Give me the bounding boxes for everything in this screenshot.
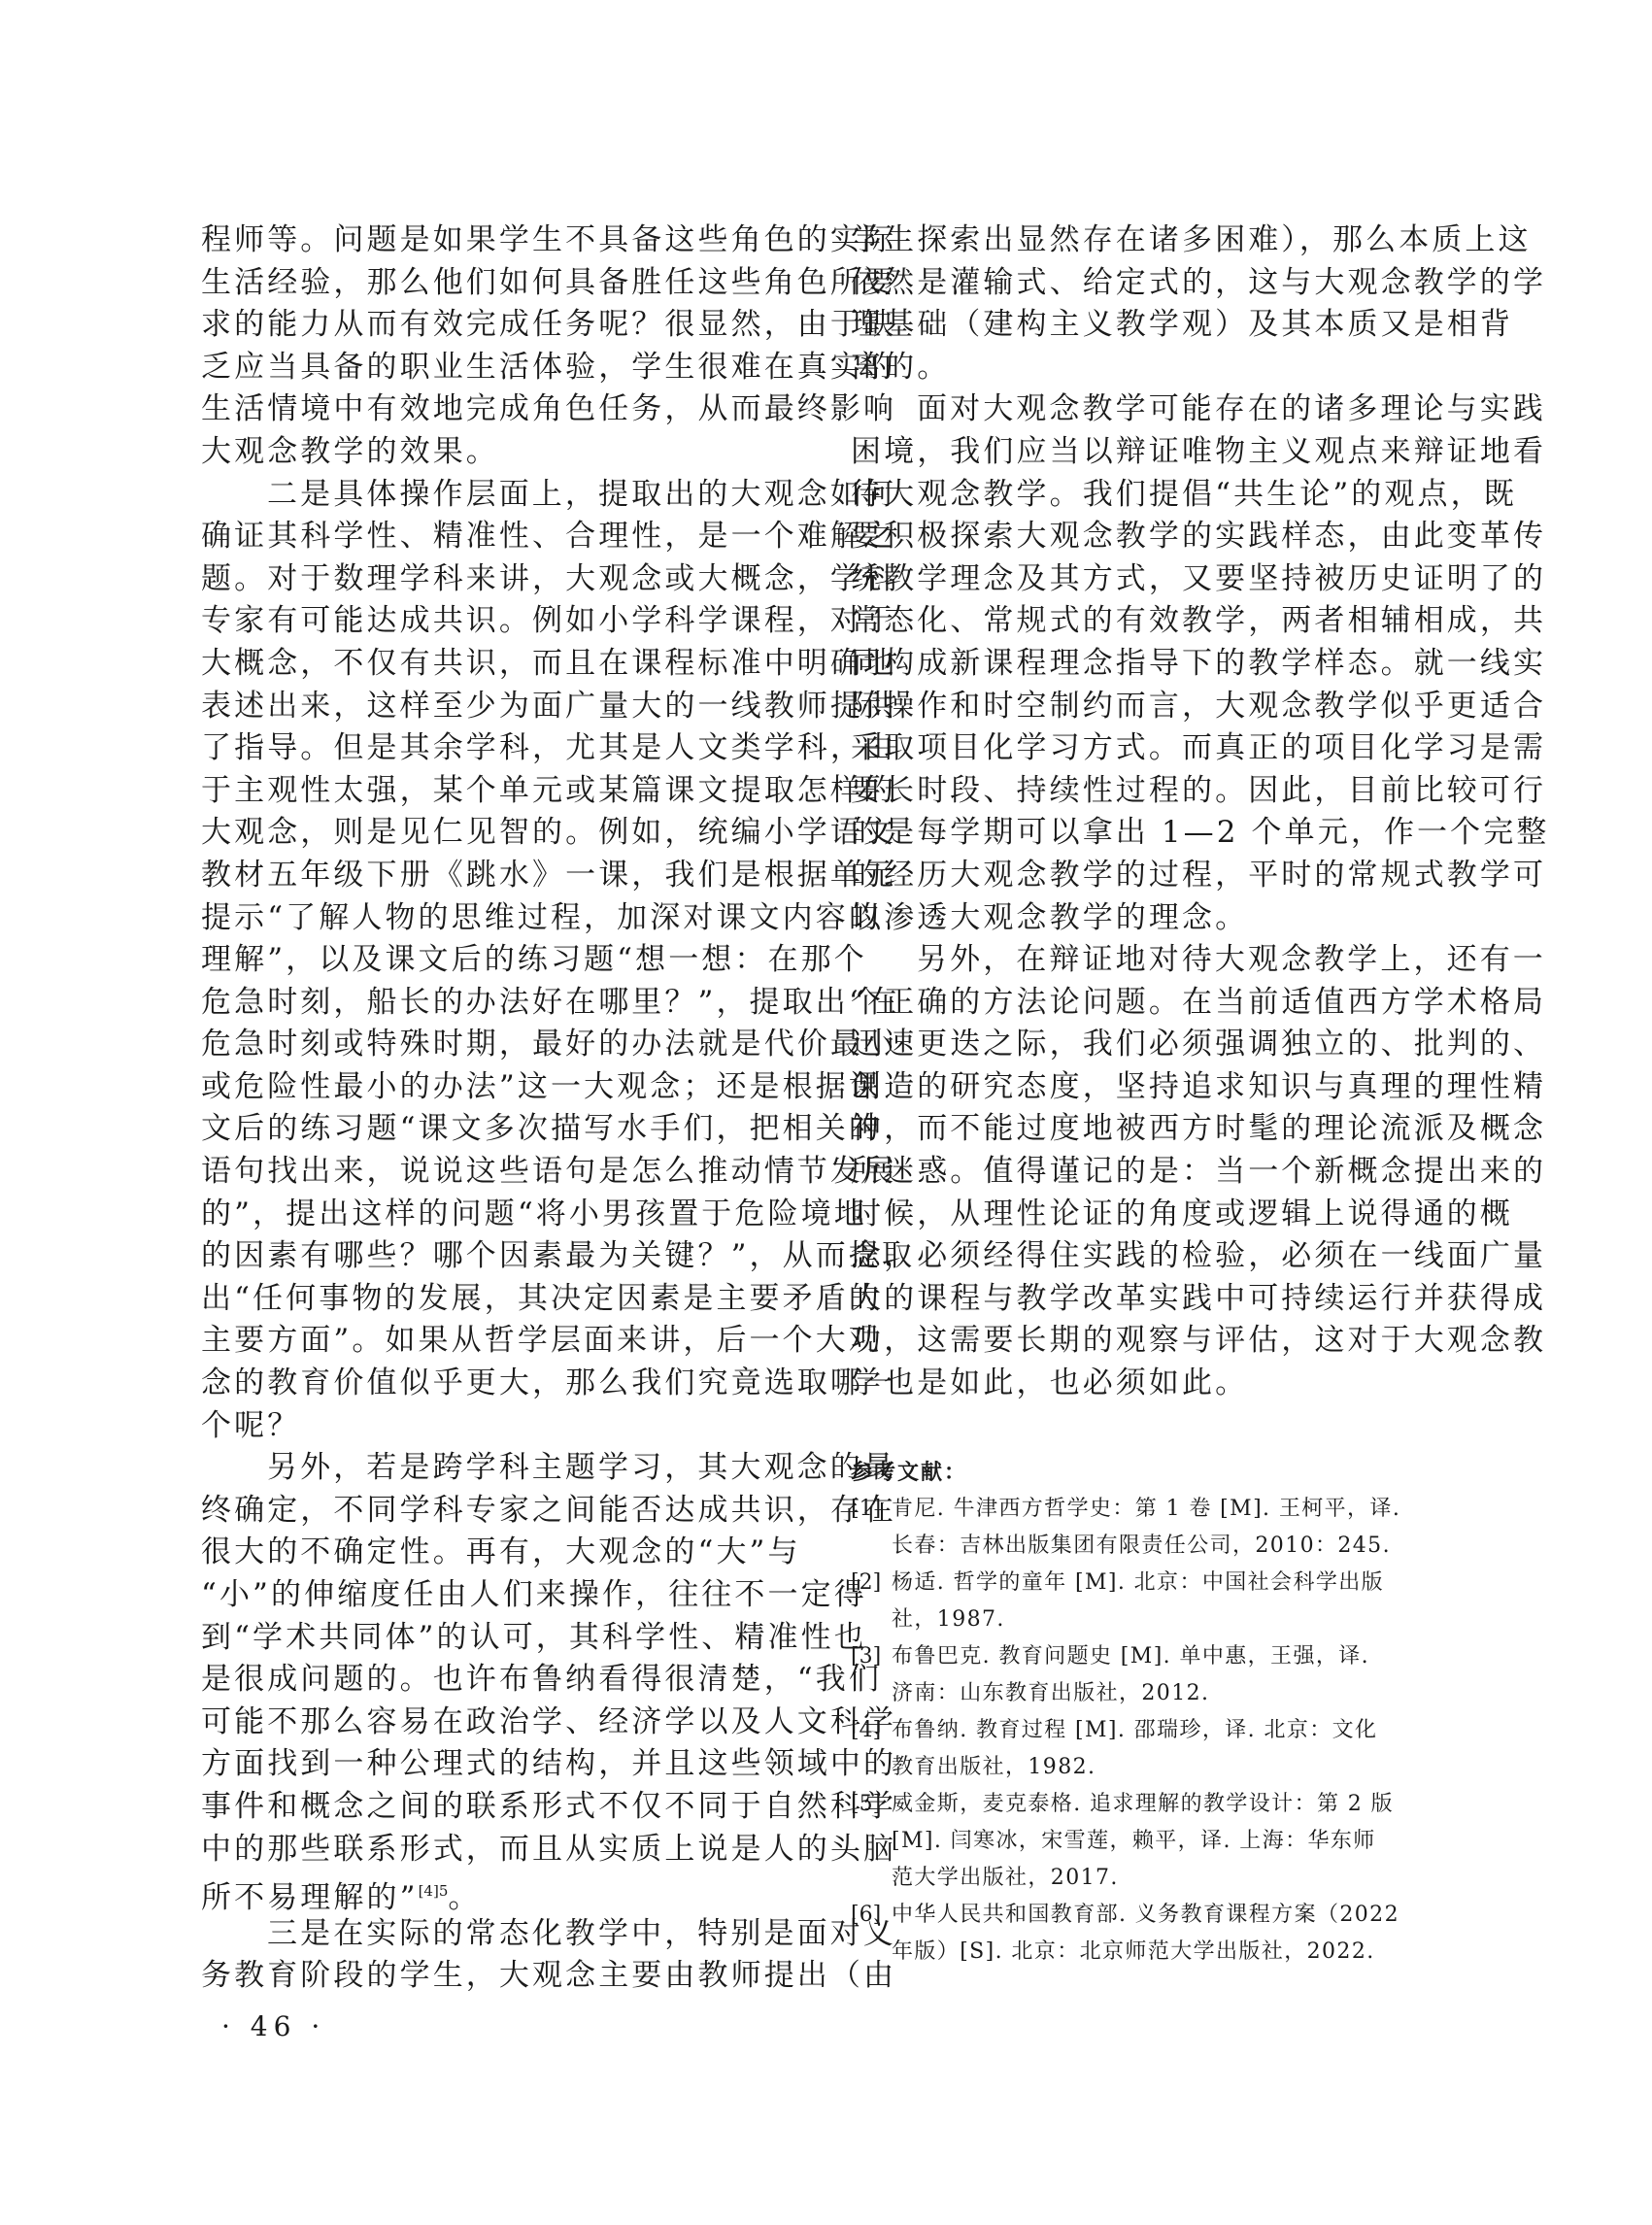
body-line: 务教育阶段的学生，大观念主要由教师提出（由 [201, 1955, 793, 1998]
left-column: 程师等。问题是如果学生不具备这些角色的实际 生活经验，那么他们如何具备胜任这些角… [201, 219, 793, 1998]
references-section: 参考文献： [1]肯尼. 牛津西方哲学史：第 1 卷 [M]. 王柯平，译. 长… [851, 1456, 1443, 1971]
body-line: 了指导。但是其余学科，尤其是人文类学科，由 [201, 727, 793, 770]
body-line: 理解”，以及课文后的练习题“想一想：在那个 [201, 939, 793, 982]
body-line: 中的那些联系形式，而且从实质上说是人的头脑 [201, 1829, 793, 1871]
reference-line: 济南：山东教育出版社，2012. [851, 1675, 1443, 1712]
body-line: 要积极探索大观念教学的实践样态，由此变革传 [851, 516, 1443, 558]
reference-line: 年版）[S]. 北京：北京师范大学出版社，2022. [851, 1934, 1443, 1971]
body-line: 迅速更迭之际，我们必须强调独立的、批判的、 [851, 1024, 1443, 1066]
body-line: 是很成问题的。也许布鲁纳看得很清楚，“我们 [201, 1659, 793, 1702]
body-line: 要长时段、持续性过程的。因此，目前比较可行 [851, 770, 1443, 813]
body-line: 出“任何事物的发展，其决定因素是主要矛盾的 [201, 1278, 793, 1321]
reference-number: [3] [851, 1638, 892, 1675]
reference-item: [5]威金斯，麦克泰格. 追求理解的教学设计：第 2 版 [M]. 闫寒冰，宋雪… [851, 1786, 1443, 1897]
body-line: 离的。 [851, 347, 1443, 389]
reference-number: [4] [851, 1712, 892, 1749]
reference-line: 范大学出版社，2017. [851, 1860, 1443, 1897]
body-line: 教材五年级下册《跳水》一课，我们是根据单元 [201, 855, 793, 897]
body-line: 危急时刻或特殊时期，最好的办法就是代价最小 [201, 1024, 793, 1066]
body-line: 依然是灌输式、给定式的，这与大观念教学的学 [851, 262, 1443, 305]
body-line: 以渗透大观念教学的理念。 [851, 897, 1443, 940]
body-line: 大概念，不仅有共识，而且在课程标准中明确地 [201, 643, 793, 686]
body-line: 表述出来，这样至少为面广量大的一线教师提供 [201, 686, 793, 728]
body-line: 题。对于数理学科来讲，大观念或大概念，学科 [201, 558, 793, 601]
paragraph-start: 另外，若是跨学科主题学习，其大观念的最 [201, 1447, 793, 1490]
body-line: 语句找出来，说说这些语句是怎么推动情节发展 [201, 1151, 793, 1194]
body-line: 或危险性最小的办法”这一大观念；还是根据课 [201, 1066, 793, 1109]
body-line: 的”，提出这样的问题“将小男孩置于危险境地 [201, 1194, 793, 1236]
body-line: 学也是如此，也必须如此。 [851, 1363, 1443, 1405]
body-line: 理基础（建构主义教学观）及其本质又是相背 [851, 304, 1443, 347]
paragraph-start: 另外，在辩证地对待大观念教学上，还有一 [851, 939, 1443, 982]
reference-line: 教育出版社，1982. [851, 1749, 1443, 1786]
body-line: 求的能力从而有效完成任务呢？很显然，由于缺 [201, 304, 793, 347]
body-line: 生活经验，那么他们如何具备胜任这些角色所要 [201, 262, 793, 305]
body-line: 危急时刻，船长的办法好在哪里？”，提取出“在 [201, 982, 793, 1025]
body-line: 到“学术共同体”的认可，其科学性、精准性也 [201, 1617, 793, 1660]
body-line: 时候，从理性论证的角度或逻辑上说得通的概 [851, 1194, 1443, 1236]
body-line: 提示“了解人物的思维过程，加深对课文内容的 [201, 897, 793, 940]
body-line: 个呢？ [201, 1405, 793, 1448]
body-line: 生活情境中有效地完成角色任务，从而最终影响 [201, 388, 793, 431]
body-line: 大观念，则是见仁见智的。例如，统编小学语文 [201, 812, 793, 855]
reference-item: [1]肯尼. 牛津西方哲学史：第 1 卷 [M]. 王柯平，译. 长春：吉林出版… [851, 1491, 1443, 1565]
paragraph-start: 二是具体操作层面上，提取出的大观念如何 [201, 474, 793, 517]
body-line: 的是每学期可以拿出 1—2 个单元，作一个完整 [851, 812, 1443, 855]
reference-number: [1] [851, 1491, 892, 1528]
paragraph-start: 面对大观念教学可能存在的诸多理论与实践 [851, 388, 1443, 431]
body-line: 乏应当具备的职业生活体验，学生很难在真实的 [201, 347, 793, 389]
body-line: 于主观性太强，某个单元或某篇课文提取怎样的 [201, 770, 793, 813]
body-line: 事件和概念之间的联系形式不仅不同于自然科学 [201, 1786, 793, 1829]
body-line: 确证其科学性、精准性、合理性，是一个难解之 [201, 516, 793, 558]
reference-item: [6]中华人民共和国教育部. 义务教育课程方案（2022 年版）[S]. 北京：… [851, 1897, 1443, 1971]
body-line-with-citation: 所不易理解的”[4]5。 [201, 1871, 793, 1913]
body-line: 的经历大观念教学的过程，平时的常规式教学可 [851, 855, 1443, 897]
body-line: 念的教育价值似乎更大，那么我们究竟选取哪一 [201, 1363, 793, 1405]
body-line: 待大观念教学。我们提倡“共生论”的观点，既 [851, 474, 1443, 517]
body-line: 困境，我们应当以辩证唯物主义观点来辩证地看 [851, 431, 1443, 474]
reference-line: 长春：吉林出版集团有限责任公司，2010：245. [851, 1528, 1443, 1565]
body-line: 采取项目化学习方式。而真正的项目化学习是需 [851, 727, 1443, 770]
paragraph-start: 三是在实际的常态化教学中，特别是面对义 [201, 1913, 793, 1956]
reference-item: [2]杨适. 哲学的童年 [M]. 北京：中国社会科学出版 社，1987. [851, 1565, 1443, 1638]
citation-ref[interactable]: [4]5 [419, 1882, 449, 1900]
body-line: 功，这需要长期的观察与评估，这对于大观念教 [851, 1320, 1443, 1363]
body-line: 所迷惑。值得谨记的是：当一个新概念提出来的 [851, 1151, 1443, 1194]
reference-number: [2] [851, 1565, 892, 1601]
body-line: 同构成新课程理念指导下的教学样态。就一线实 [851, 643, 1443, 686]
body-line: 程师等。问题是如果学生不具备这些角色的实际 [201, 219, 793, 262]
body-line: 大的课程与教学改革实践中可持续运行并获得成 [851, 1278, 1443, 1321]
body-line: 统教学理念及其方式，又要坚持被历史证明了的 [851, 558, 1443, 601]
body-line: 很大的不确定性。再有，大观念的“大”与 [201, 1532, 793, 1574]
body-line: 文后的练习题“课文多次描写水手们，把相关的 [201, 1108, 793, 1151]
quote-end: 所不易理解的” [201, 1880, 419, 1915]
body-line: 方面找到一种公理式的结构，并且这些领域中的 [201, 1743, 793, 1786]
body-line: 际操作和时空制约而言，大观念教学似乎更适合 [851, 686, 1443, 728]
right-column: 学生探索出显然存在诸多困难），那么本质上这 依然是灌输式、给定式的，这与大观念教… [851, 219, 1443, 1971]
page-number: · 46 · [221, 2010, 325, 2042]
body-line: 个正确的方法论问题。在当前适值西方学术格局 [851, 982, 1443, 1025]
body-line: 终确定，不同学科专家之间能否达成共识，存在 [201, 1490, 793, 1533]
body-line: 学生探索出显然存在诸多困难），那么本质上这 [851, 219, 1443, 262]
reference-line: 社，1987. [851, 1601, 1443, 1638]
body-line: 的因素有哪些？哪个因素最为关键？”，从而提取 [201, 1235, 793, 1278]
reference-number: [6] [851, 1897, 892, 1934]
body-line: 念，必须经得住实践的检验，必须在一线面广量 [851, 1235, 1443, 1278]
body-line: 专家有可能达成共识。例如小学科学课程，对于 [201, 600, 793, 643]
reference-number: [5] [851, 1786, 892, 1823]
reference-item: [4]布鲁纳. 教育过程 [M]. 邵瑞珍，译. 北京：文化 教育出版社，198… [851, 1712, 1443, 1786]
references-title: 参考文献： [851, 1456, 1443, 1491]
body-line: 神，而不能过度地被西方时髦的理论流派及概念 [851, 1108, 1443, 1151]
reference-line: [M]. 闫寒冰，宋雪莲，赖平，译. 上海：华东师 [851, 1823, 1443, 1860]
reference-item: [3]布鲁巴克. 教育问题史 [M]. 单中惠，王强，译. 济南：山东教育出版社… [851, 1638, 1443, 1712]
body-line: 常态化、常规式的有效教学，两者相辅相成，共 [851, 600, 1443, 643]
body-line: 可能不那么容易在政治学、经济学以及人文科学 [201, 1702, 793, 1744]
body-line: 大观念教学的效果。 [201, 431, 793, 474]
body-line: 创造的研究态度，坚持追求知识与真理的理性精 [851, 1066, 1443, 1109]
body-line: 主要方面”。如果从哲学层面来讲，后一个大观 [201, 1320, 793, 1363]
body-line: “小”的伸缩度任由人们来操作，往往不一定得 [201, 1574, 793, 1617]
